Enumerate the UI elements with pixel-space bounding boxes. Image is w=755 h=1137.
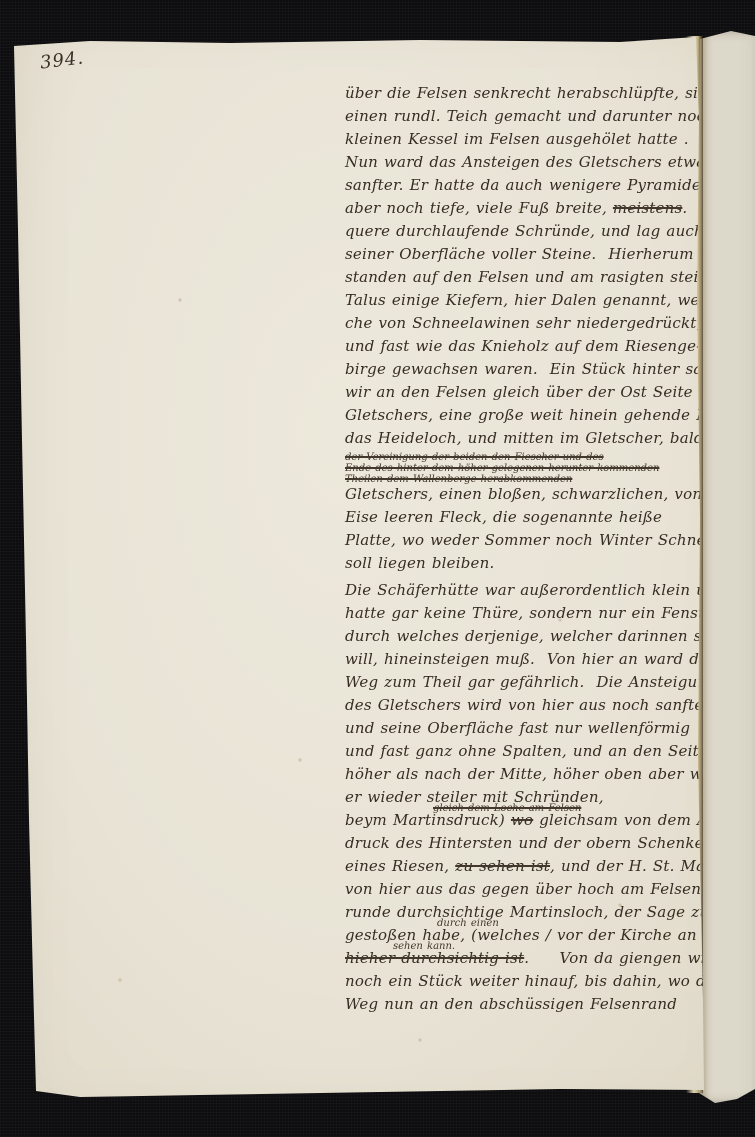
handwritten-text: höher als nach der Mitte, höher oben abe… [345, 765, 725, 783]
manuscript-line: er wieder steiler mit Schründen, [345, 788, 697, 811]
manuscript-line: über die Felsen senkrecht herabschlüpfte… [345, 84, 697, 107]
handwritten-text: . Von da giengen wir [524, 949, 713, 967]
handwritten-text: Nun ward das Ansteigen des Gletschers et… [345, 153, 713, 171]
handwritten-text: und fast ganz ohne Spalten, und an den S… [345, 742, 718, 760]
handwritten-text: Platte, wo weder Sommer noch Winter Schn… [345, 531, 715, 549]
manuscript-line: che von Schneelawinen sehr niedergedrück… [345, 314, 697, 337]
struck-text: Theilen dem Wallenberge herabkommenden [345, 474, 572, 485]
manuscript-line: Weg zum Theil gar gefährlich. Die Anstei… [345, 673, 697, 696]
manuscript-line: runde durchsichtige Martinsloch, der Sag… [345, 903, 697, 926]
manuscript-line: durch welches derjenige, welcher darinne… [345, 627, 697, 650]
struck-text: zu sehen ist [455, 857, 550, 875]
handwritten-text: sanfter. Er hatte da auch wenigere Pyram… [345, 176, 716, 194]
handwritten-text: Gletschers, eine große weit hinein gehen… [345, 406, 748, 424]
handwritten-text: druck des Hintersten und der obern Schen… [345, 834, 709, 852]
handwritten-text: soll liegen bleiben. [345, 554, 494, 572]
manuscript-line: druck des Hintersten und der obern Schen… [345, 834, 697, 857]
handwritten-text: runde durchsichtige Martinsloch, der Sag… [345, 903, 753, 921]
manuscript-line: sanfter. Er hatte da auch wenigere Pyram… [345, 176, 697, 199]
handwritten-text: gleichsam von dem Ab- [533, 811, 723, 829]
handwritten-text: noch ein Stück weiter hinauf, bis dahin,… [345, 972, 722, 990]
struck-text: Ende des hinter dem höher gelegenen heru… [345, 463, 659, 474]
handwritten-text: und seine Oberfläche fast nur wellenförm… [345, 719, 690, 737]
handwritten-text: beym Martinsdruck) [345, 811, 511, 829]
manuscript-line: aber noch tiefe, viele Fuß breite, meist… [345, 199, 697, 222]
handwritten-text: durch welches derjenige, welcher darinne… [345, 627, 755, 645]
handwritten-text: che von Schneelawinen sehr niedergedrück… [345, 314, 702, 332]
manuscript-text: über die Felsen senkrecht herabschlüpfte… [345, 84, 697, 1018]
manuscript-line: Eise leeren Fleck, die sogenannte heiße [345, 508, 697, 531]
handwritten-text: Weg zum Theil gar gefährlich. Die Anstei… [345, 673, 717, 691]
handwritten-text: quere durchlaufende Schründe, und lag au… [345, 222, 704, 240]
manuscript-line: Gletschers, eine große weit hinein gehen… [345, 406, 697, 429]
manuscript-line: Platte, wo weder Sommer noch Winter Schn… [345, 531, 697, 554]
handwritten-text: Talus einige Kiefern, hier Dalen genannt… [345, 291, 710, 309]
handwritten-text: birge gewachsen waren. Ein Stück hinter … [345, 360, 731, 378]
manuscript-line: Theilen dem Wallenberge herabkommenden [345, 474, 697, 485]
manuscript-line: Ende des hinter dem höher gelegenen heru… [345, 463, 697, 474]
handwritten-text: Gletschers, einen bloßen, schwarzlichen,… [345, 485, 702, 503]
manuscript-line: Gletschers, einen bloßen, schwarzlichen,… [345, 485, 697, 508]
manuscript-line: will, hineinsteigen muß. Von hier an war… [345, 650, 697, 673]
manuscript-line: soll liegen bleiben. [345, 554, 697, 577]
handwritten-text: seiner Oberfläche voller Steine. Hierher… [345, 245, 694, 263]
manuscript-line: gleich dem Loche am Felsenbeym Martinsdr… [345, 811, 697, 834]
manuscript-line: höher als nach der Mitte, höher oben abe… [345, 765, 697, 788]
manuscript-line: wir an den Felsen gleich über der Ost Se… [345, 383, 697, 406]
struck-text: meistens [613, 199, 682, 217]
manuscript-line: Die Schäferhütte war außerordentlich kle… [345, 581, 697, 604]
page-number: 394. [39, 47, 85, 73]
manuscript-line: kleinen Kessel im Felsen ausgehölet hatt… [345, 130, 697, 153]
interlinear-insertion: durch einen [437, 918, 499, 929]
manuscript-line: der Vereinigung der beiden den Fiescher … [345, 452, 697, 463]
manuscript-line: von hier aus das gegen über hoch am Fels… [345, 880, 697, 903]
handwritten-text: standen auf den Felsen und am rasigten s… [345, 268, 722, 286]
interlinear-insertion: sehen kann. [393, 941, 455, 952]
handwritten-text: er wieder steiler mit Schründen, [345, 788, 604, 806]
manuscript-line: seiner Oberfläche voller Steine. Hierher… [345, 245, 697, 268]
manuscript-line: Weg nun an den abschüssigen Felsenrand [345, 995, 697, 1018]
handwritten-text: gestoßen habe, (welches / vor der Kirche… [345, 926, 725, 944]
manuscript-line: hatte gar keine Thüre, sondern nur ein F… [345, 604, 697, 627]
handwritten-text: einen rundl. Teich gemacht und darunter … [345, 107, 755, 125]
manuscript-line: birge gewachsen waren. Ein Stück hinter … [345, 360, 697, 383]
manuscript-line: Nun ward das Ansteigen des Gletschers et… [345, 153, 697, 176]
manuscript-line: und fast wie das Knieholz auf dem Riesen… [345, 337, 697, 360]
handwritten-text: des Gletschers wird von hier aus noch sa… [345, 696, 714, 714]
handwritten-text: von hier aus das gegen über hoch am Fels… [345, 880, 755, 898]
manuscript-page: 394. über die Felsen senkrecht herabschl… [0, 0, 755, 1137]
manuscript-line: Talus einige Kiefern, hier Dalen genannt… [345, 291, 697, 314]
handwritten-text: und fast wie das Knieholz auf dem Riesen… [345, 337, 701, 355]
scan-background: { "scan": { "background_color": "#0d0c0e… [0, 0, 755, 1137]
handwritten-text: Eise leeren Fleck, die sogenannte heiße [345, 508, 662, 526]
manuscript-line: eines Riesen, zu sehen ist, und der H. S… [345, 857, 697, 880]
handwritten-text: wir an den Felsen gleich über der Ost Se… [345, 383, 726, 401]
manuscript-line: standen auf den Felsen und am rasigten s… [345, 268, 697, 291]
handwritten-text: das Heideloch, und mitten im Gletscher, … [345, 429, 752, 447]
manuscript-line: und fast ganz ohne Spalten, und an den S… [345, 742, 697, 765]
manuscript-line: und seine Oberfläche fast nur wellenförm… [345, 719, 697, 742]
handwritten-text: kleinen Kessel im Felsen ausgehölet hatt… [345, 130, 689, 148]
manuscript-line: sehen kann.hieher durchsichtig ist. Von … [345, 949, 697, 972]
handwritten-text: eines Riesen, [345, 857, 455, 875]
handwritten-text: Die Schäferhütte war außerordentlich kle… [345, 581, 726, 599]
manuscript-line: noch ein Stück weiter hinauf, bis dahin,… [345, 972, 697, 995]
facing-page-edge [697, 31, 755, 1103]
manuscript-line: quere durchlaufende Schründe, und lag au… [345, 222, 697, 245]
struck-text: der Vereinigung der beiden den Fiescher … [345, 452, 604, 463]
manuscript-line: einen rundl. Teich gemacht und darunter … [345, 107, 697, 130]
manuscript-line: durch einengestoßen habe, (welches / vor… [345, 926, 697, 949]
handwritten-text: über die Felsen senkrecht herabschlüpfte… [345, 84, 755, 102]
interlinear-insertion: gleich dem Loche am Felsen [433, 803, 581, 814]
struck-text: hieher durchsichtig ist [345, 949, 524, 967]
manuscript-line: des Gletschers wird von hier aus noch sa… [345, 696, 697, 719]
handwritten-text: aber noch tiefe, viele Fuß breite, [345, 199, 613, 217]
struck-text: wo [511, 811, 533, 829]
handwritten-text: will, hineinsteigen muß. Von hier an war… [345, 650, 715, 668]
handwritten-text: Weg nun an den abschüssigen Felsenrand [345, 995, 677, 1013]
manuscript-line: das Heideloch, und mitten im Gletscher, … [345, 429, 697, 452]
handwritten-text: hatte gar keine Thüre, sondern nur ein F… [345, 604, 724, 622]
handwritten-text: . [682, 199, 687, 217]
